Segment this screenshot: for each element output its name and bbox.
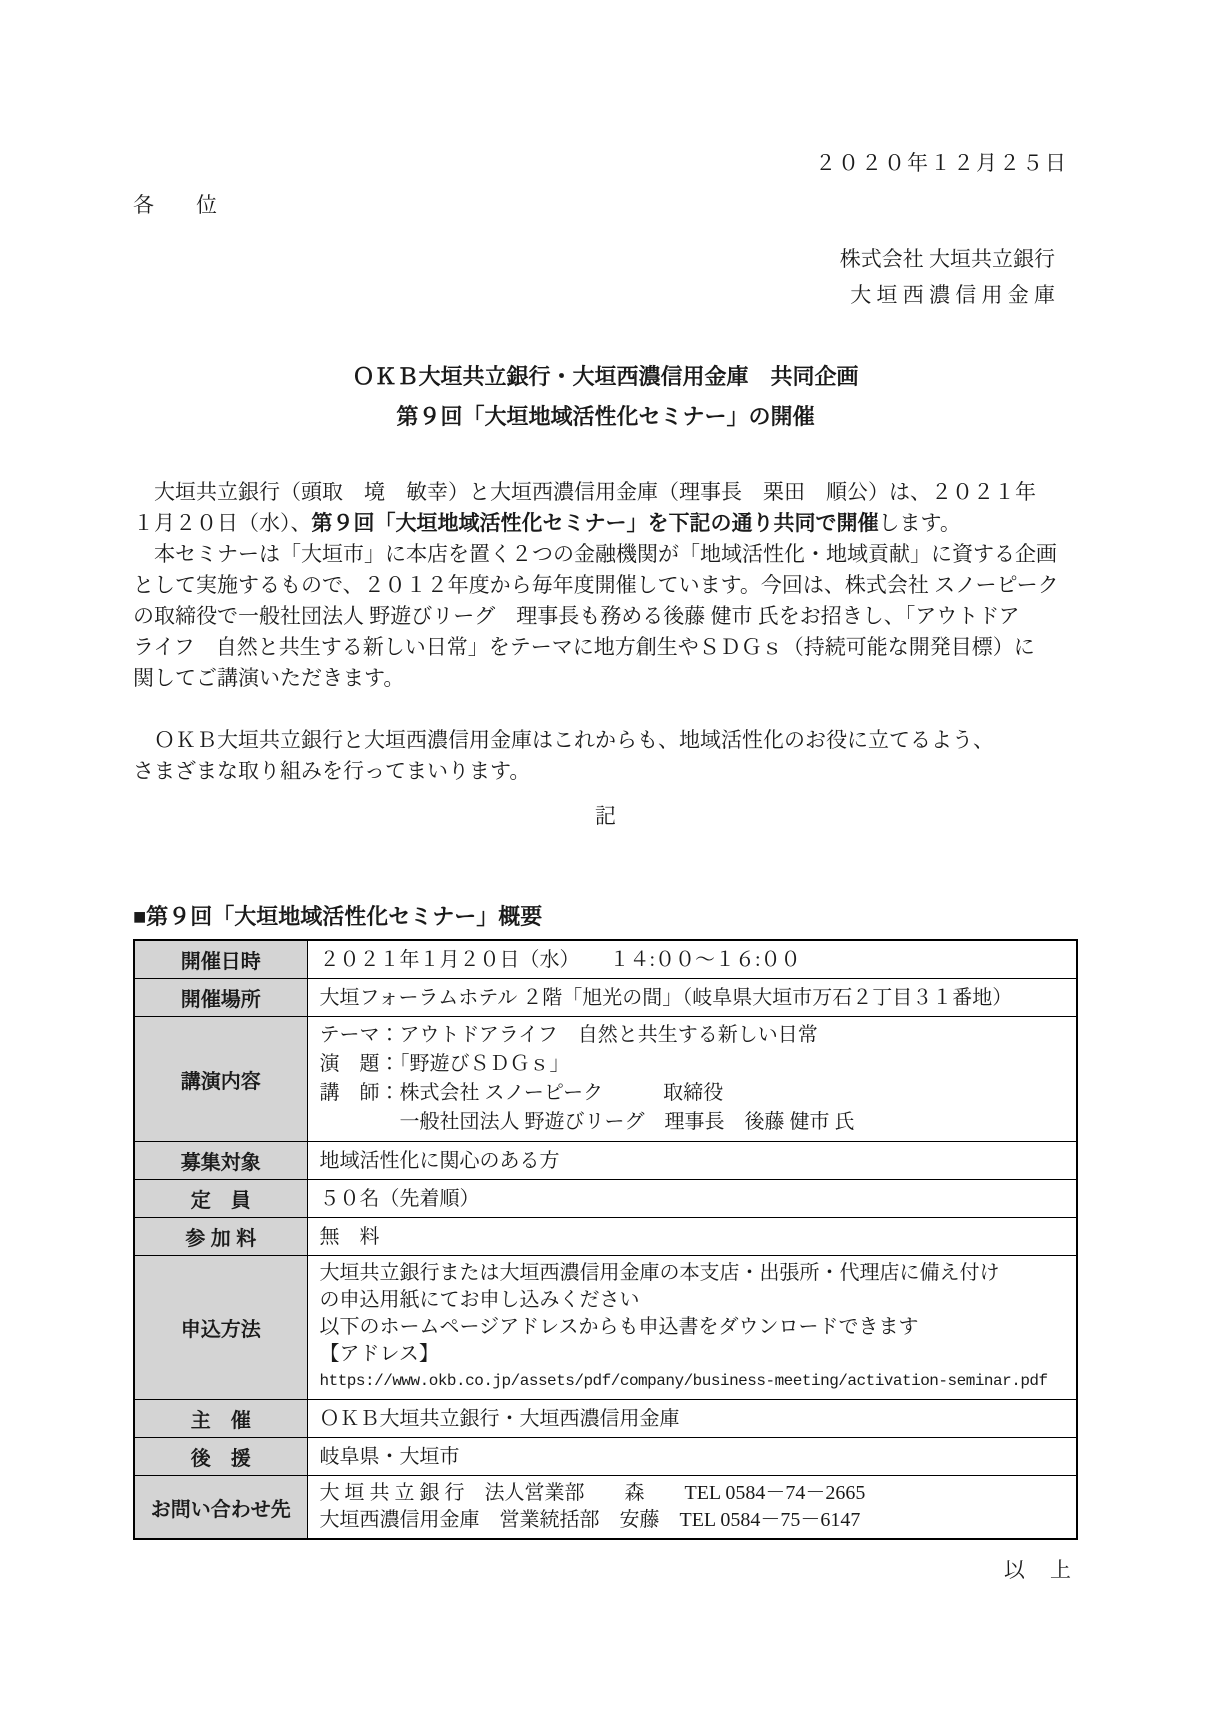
overview-table: 開催日時 ２０２１年１月２０日（水） １４:００～１６:００ 開催場所 大垣フォ… [133,939,1078,1540]
row-value-line: 演 題：「野遊びＳＤＧｓ」 [320,1050,1065,1079]
table-row-capacity: 定 員 ５０名（先着順） [134,1180,1077,1218]
row-label: 講演内容 [134,1017,307,1142]
row-value: ５０名（先着順） [307,1180,1077,1218]
p1-l2-emphasis: 第９回「大垣地域活性化セミナー」を下記の通り共同で開催 [312,512,879,535]
row-label: 定 員 [134,1180,307,1218]
sender-shinkin: 大 垣 西 濃 信 用 金 庫 [133,277,1055,313]
p1-l2-tail: します。 [879,511,961,535]
row-value-line: ５０名（先着順） [320,1188,1065,1210]
row-value-line: 以下のホームページアドレスからも申込書をダウンロードできます [320,1314,1065,1341]
paragraph-3-line-2: さまざまな取り組みを行ってまいります。 [133,756,1078,787]
overview-caption: ■第９回「大垣地域活性化セミナー」概要 [133,904,1078,930]
sender-bank: 株式会社 大垣共立銀行 [133,241,1055,277]
table-row-fee: 参 加 料 無 料 [134,1218,1077,1256]
paragraph-2-line-3: の取締役で一般社団法人 野遊びリーグ 理事長も務める後藤 健市 氏をお招きし、「… [133,601,1078,632]
contact-line-shinkin: 大垣西濃信用金庫 営業統括部 安藤 TEL 0584－75－6147 [320,1507,1065,1534]
body-text: 大垣共立銀行（頭取 境 敏幸）と大垣西濃信用金庫（理事長 栗田 順公）は、２０２… [133,477,1078,787]
paragraph-2-line-5: 関してご講演いただきます。 [133,663,1078,694]
paragraph-2-line-2: として実施するもので、２０１２年度から毎年度開催しています。今回は、株式会社 ス… [133,570,1078,601]
row-label: 開催日時 [134,940,307,979]
contact-line-bank: 大 垣 共 立 銀 行 法人営業部 森 TEL 0584－74－2665 [320,1480,1065,1507]
paragraph-spacer [133,694,1078,725]
row-value-line: 岐阜県・大垣市 [320,1446,1065,1468]
table-row-support: 後 援 岐阜県・大垣市 [134,1438,1077,1476]
row-value: 無 料 [307,1218,1077,1256]
row-value-line: 地域活性化に関心のある方 [320,1150,1065,1172]
paragraph-3-line-1: ＯＫＢ大垣共立銀行と大垣西濃信用金庫はこれからも、地域活性化のお役に立てるよう、 [133,725,1078,756]
closing-marker: 以 上 [133,1557,1078,1584]
title-line-1: ＯＫＢ大垣共立銀行・大垣西濃信用金庫 共同企画 [133,357,1078,397]
ki-marker: 記 [133,801,1078,832]
table-row-organizer: 主 催 ＯＫＢ大垣共立銀行・大垣西濃信用金庫 [134,1400,1077,1438]
row-value: 大垣共立銀行または大垣西濃信用金庫の本支店・出張所・代理店に備え付け の申込用紙… [307,1256,1077,1400]
table-row-contact: お問い合わせ先 大 垣 共 立 銀 行 法人営業部 森 TEL 0584－74－… [134,1476,1077,1540]
row-value-line: 大垣共立銀行または大垣西濃信用金庫の本支店・出張所・代理店に備え付け [320,1260,1065,1287]
application-url: https://www.okb.co.jp/assets/pdf/company… [320,1368,1065,1395]
row-value-line: ＯＫＢ大垣共立銀行・大垣西濃信用金庫 [320,1408,1065,1430]
row-label: 開催場所 [134,979,307,1017]
row-value: テーマ：アウトドアライフ 自然と共生する新しい日常 演 題：「野遊びＳＤＧｓ」 … [307,1017,1077,1142]
row-value-line: 一般社団法人 野遊びリーグ 理事長 後藤 健市 氏 [320,1108,1065,1137]
table-row-audience: 募集対象 地域活性化に関心のある方 [134,1142,1077,1180]
row-value-line: 大垣フォーラムホテル ２階「旭光の間」（岐阜県大垣市万石２丁目３１番地） [320,987,1065,1009]
document-title: ＯＫＢ大垣共立銀行・大垣西濃信用金庫 共同企画 第９回「大垣地域活性化セミナー」… [133,357,1078,437]
row-label: お問い合わせ先 [134,1476,307,1540]
row-value: ２０２１年１月２０日（水） １４:００～１６:００ [307,940,1077,979]
document-date: ２０２０年１２月２５日 [133,150,1078,177]
p1-l2-normal: １月２０日（水）、 [133,511,312,535]
paragraph-1-line-2: １月２０日（水）、第９回「大垣地域活性化セミナー」を下記の通り共同で開催します。 [133,508,1078,539]
title-line-2: 第９回「大垣地域活性化セミナー」の開催 [133,397,1078,437]
table-row-application: 申込方法 大垣共立銀行または大垣西濃信用金庫の本支店・出張所・代理店に備え付け … [134,1256,1077,1400]
paragraph-2-line-4: ライフ 自然と共生する新しい日常」をテーマに地方創生やＳＤＧｓ（持続可能な開発目… [133,632,1078,663]
row-value: 岐阜県・大垣市 [307,1438,1077,1476]
row-label: 後 援 [134,1438,307,1476]
row-label: 申込方法 [134,1256,307,1400]
paragraph-1-line-1: 大垣共立銀行（頭取 境 敏幸）と大垣西濃信用金庫（理事長 栗田 順公）は、２０２… [133,477,1078,508]
row-value: 大 垣 共 立 銀 行 法人営業部 森 TEL 0584－74－2665 大垣西… [307,1476,1077,1540]
salutation: 各 位 [133,192,1078,219]
sender-block: 株式会社 大垣共立銀行 大 垣 西 濃 信 用 金 庫 [133,241,1078,313]
table-row-venue: 開催場所 大垣フォーラムホテル ２階「旭光の間」（岐阜県大垣市万石２丁目３１番地… [134,979,1077,1017]
document-page: ２０２０年１２月２５日 各 位 株式会社 大垣共立銀行 大 垣 西 濃 信 用 … [0,0,1210,1713]
row-value-line: 【アドレス】 [320,1341,1065,1368]
row-label: 主 催 [134,1400,307,1438]
table-row-lecture: 講演内容 テーマ：アウトドアライフ 自然と共生する新しい日常 演 題：「野遊びＳ… [134,1017,1077,1142]
row-value: 地域活性化に関心のある方 [307,1142,1077,1180]
paragraph-2-line-1: 本セミナーは「大垣市」に本店を置く２つの金融機関が「地域活性化・地域貢献」に資す… [133,539,1078,570]
row-label: 募集対象 [134,1142,307,1180]
row-value-line: の申込用紙にてお申し込みください [320,1287,1065,1314]
row-value-line: テーマ：アウトドアライフ 自然と共生する新しい日常 [320,1021,1065,1050]
row-value-line: 講 師：株式会社 スノーピーク 取締役 [320,1079,1065,1108]
row-value-line: ２０２１年１月２０日（水） １４:００～１６:００ [320,949,1065,971]
row-value: ＯＫＢ大垣共立銀行・大垣西濃信用金庫 [307,1400,1077,1438]
row-value: 大垣フォーラムホテル ２階「旭光の間」（岐阜県大垣市万石２丁目３１番地） [307,979,1077,1017]
row-value-line: 無 料 [320,1226,1065,1248]
row-label: 参 加 料 [134,1218,307,1256]
table-row-datetime: 開催日時 ２０２１年１月２０日（水） １４:００～１６:００ [134,940,1077,979]
